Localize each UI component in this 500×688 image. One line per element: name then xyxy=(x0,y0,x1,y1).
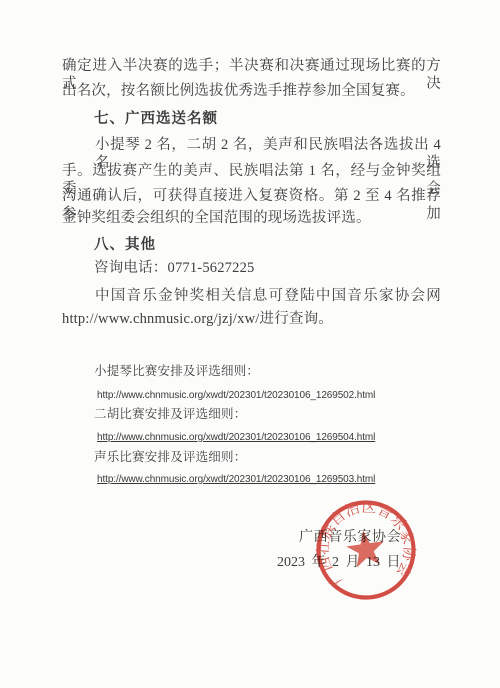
section-heading-8: 八、其他 xyxy=(94,236,156,254)
association-url-line: http://www.chnmusic.org/jzj/xw/进行查询。 xyxy=(62,310,333,328)
star-icon xyxy=(344,528,387,569)
phone-line: 咨询电话：0771-5627225 xyxy=(94,259,254,277)
section-heading-7: 七、广西选送名额 xyxy=(94,110,218,128)
body-line: 出名次，按名额比例选拔优秀选手推荐参加全国复赛。 xyxy=(62,82,415,100)
link-url-vocal[interactable]: http://www.chnmusic.org/xwdt/202301/t202… xyxy=(97,474,375,487)
body-line: 金钟奖组委会组织的全国范围的现场选拔评选。 xyxy=(62,209,371,227)
link-label-violin: 小提琴比赛安排及评选细则： xyxy=(94,364,259,380)
link-url-violin: http://www.chnmusic.org/xwdt/202301/t202… xyxy=(97,390,375,403)
body-line: 中国音乐金钟奖相关信息可登陆中国音乐家协会网 xyxy=(95,287,441,305)
official-seal: 广西壮族自治区音乐家协会 xyxy=(314,498,418,602)
link-label-vocal: 声乐比赛安排及评选细则： xyxy=(94,450,246,466)
link-url-erhu[interactable]: http://www.chnmusic.org/xwdt/202301/t202… xyxy=(97,432,375,445)
link-label-erhu: 二胡比赛安排及评选细则： xyxy=(94,407,246,423)
document-page: 确定进入半决赛的选手；半决赛和决赛通过现场比赛的方式决 出名次，按名额比例选拔优… xyxy=(0,0,500,688)
